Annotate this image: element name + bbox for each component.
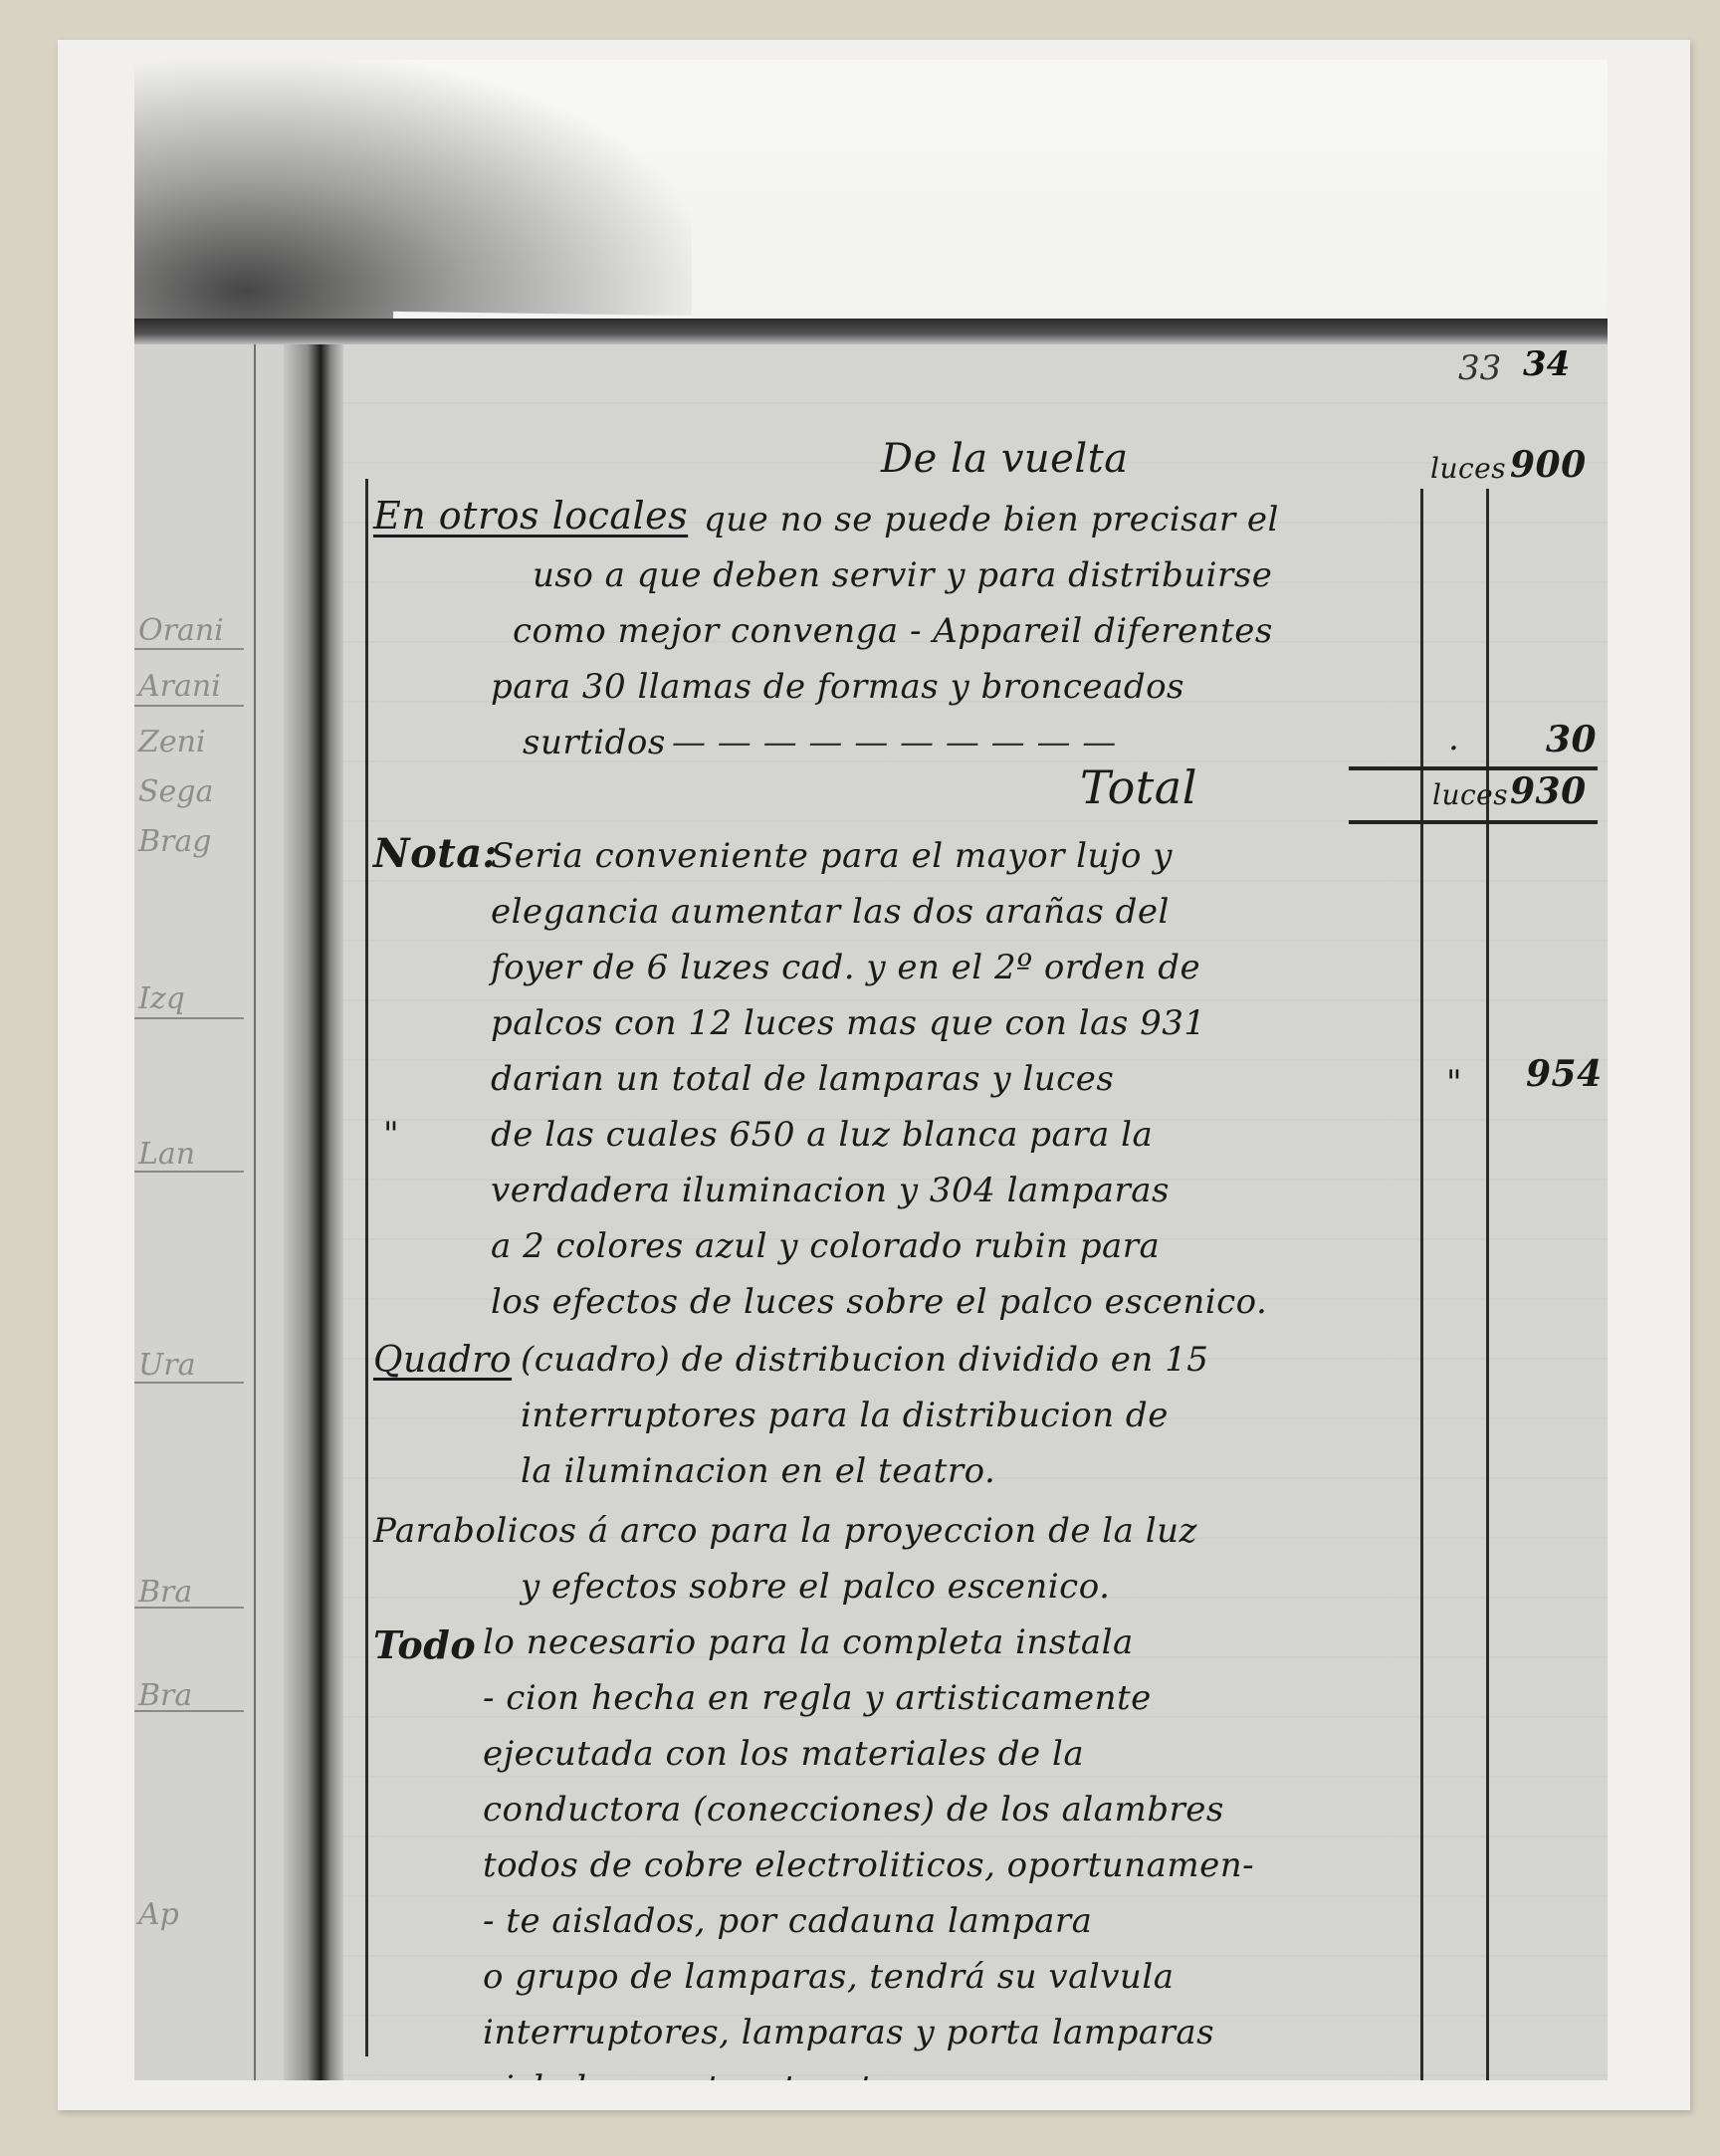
nota-line: elegancia aumentar las dos arañas del	[491, 892, 1170, 932]
left-page-underline	[134, 648, 244, 650]
left-page-word: Bra	[138, 1678, 192, 1713]
nota-total-value: 954	[1526, 1053, 1603, 1095]
left-page-word: Sega	[138, 774, 213, 809]
todo-line: lo necesario para la completa instala	[483, 1622, 1134, 1662]
left-page-word: Brag	[138, 824, 211, 859]
entry-line: que no se puede bien precisar el	[704, 500, 1279, 539]
carried-forward-heading: De la vuelta	[881, 436, 1129, 482]
left-page-word: Izq	[138, 981, 185, 1016]
quadro-heading: Quadro	[373, 1340, 512, 1381]
entry-line: para 30 llamas de formas y bronceados	[491, 667, 1184, 707]
left-page-word: Zeni	[138, 725, 206, 759]
todo-heading: Todo	[373, 1622, 476, 1667]
folio-number-new: 34	[1523, 344, 1570, 384]
nota-ditto-mark: "	[1446, 1063, 1462, 1103]
value-column-rule	[1486, 489, 1489, 2080]
quadro-line: la iluminacion en el teatro.	[521, 1451, 995, 1491]
left-page-fragment: Orani Arani Zeni Sega Brag Izq Lan Ura B…	[134, 344, 284, 2080]
left-page-word: Ura	[138, 1348, 196, 1383]
total-label: Total	[1080, 760, 1197, 814]
nota-heading: Nota:	[373, 830, 498, 877]
entry-line: surtidos	[523, 723, 666, 762]
total-double-rule	[1349, 820, 1598, 824]
left-page-word: Ap	[138, 1897, 179, 1932]
quadro-line: interruptores para la distribucion de	[521, 1396, 1169, 1435]
quadro-line: (cuadro) de distribucion dividido en 15	[521, 1340, 1208, 1380]
todo-line: - cion hecha en regla y artisticamente	[483, 1678, 1152, 1718]
book-top-edge	[134, 319, 1608, 344]
left-margin-rule	[365, 479, 368, 2056]
nota-line: darian un total de lamparas y luces	[491, 1059, 1114, 1099]
todo-line: todos de cobre electroliticos, oportunam…	[483, 1845, 1254, 1885]
left-page-word: Arani	[138, 669, 221, 704]
nota-line: los efectos de luces sobre el palco esce…	[491, 1282, 1267, 1322]
left-page-underline	[134, 1382, 244, 1384]
book-gutter	[284, 344, 343, 2080]
entry-line: como mejor convenga - Appareil diferente…	[513, 611, 1273, 651]
parabolicos-line: Parabolicos á arco para la proyeccion de…	[373, 1511, 1197, 1551]
todo-line: conductora (conecciones) de los alambres	[483, 1790, 1224, 1830]
top-shadow	[134, 60, 692, 348]
nota-line: verdadera iluminacion y 304 lamparas	[491, 1171, 1170, 1210]
entry-heading-otros-locales: En otros locales	[373, 494, 688, 538]
nota-line: palcos con 12 luces mas que con las 931	[491, 1003, 1206, 1043]
manuscript-photo: Orani Arani Zeni Sega Brag Izq Lan Ura B…	[134, 60, 1608, 2080]
todo-line: ejecutada con los materiales de la	[483, 1734, 1084, 1774]
dash-leader: — — — — — — — — — —	[672, 723, 1117, 762]
left-page-margin-rule	[254, 344, 256, 2080]
left-page-underline	[134, 1710, 244, 1712]
left-page-underline	[134, 1171, 244, 1173]
total-unit: luces	[1432, 778, 1508, 811]
nota-line: a 2 colores azul y colorado rubin para	[491, 1226, 1160, 1266]
carried-forward-unit: luces	[1430, 452, 1506, 485]
entry-ditto-mark: .	[1448, 719, 1459, 758]
entry-line: uso a que deben servir y para distribuir…	[533, 555, 1272, 595]
entry-value: 30	[1546, 719, 1597, 760]
todo-line: - te aislados, por cadauna lampara	[483, 1901, 1092, 1941]
folio-number-old: 33	[1458, 348, 1501, 388]
left-page-underline	[134, 1017, 244, 1019]
ledger-page: 33 34 De la vuelta luces 900 En otros lo…	[343, 344, 1608, 2080]
parabolicos-line: y efectos sobre el palco escenico.	[521, 1567, 1110, 1607]
left-page-underline	[134, 1607, 244, 1609]
carried-forward-value: 900	[1510, 444, 1587, 486]
todo-line: o grupo de lamparas, tendrá su valvula	[483, 1957, 1174, 1997]
nota-line: de las cuales 650 a luz blanca para la	[491, 1115, 1153, 1155]
left-page-word: Lan	[138, 1137, 195, 1172]
nota-line: foyer de 6 luzes cad. y en el 2º orden d…	[491, 948, 1200, 987]
todo-line: aisladores, etc, etc, etc.	[483, 2068, 904, 2080]
total-value: 930	[1510, 770, 1587, 812]
unit-column-rule	[1420, 489, 1423, 2080]
nota-left-ditto: "	[383, 1115, 399, 1155]
left-page-underline	[134, 705, 244, 707]
left-page-word: Orani	[138, 613, 224, 648]
nota-line: Seria conveniente para el mayor lujo y	[491, 836, 1173, 876]
left-page-word: Bra	[138, 1575, 192, 1610]
todo-line: interruptores, lamparas y porta lamparas	[483, 2013, 1214, 2052]
